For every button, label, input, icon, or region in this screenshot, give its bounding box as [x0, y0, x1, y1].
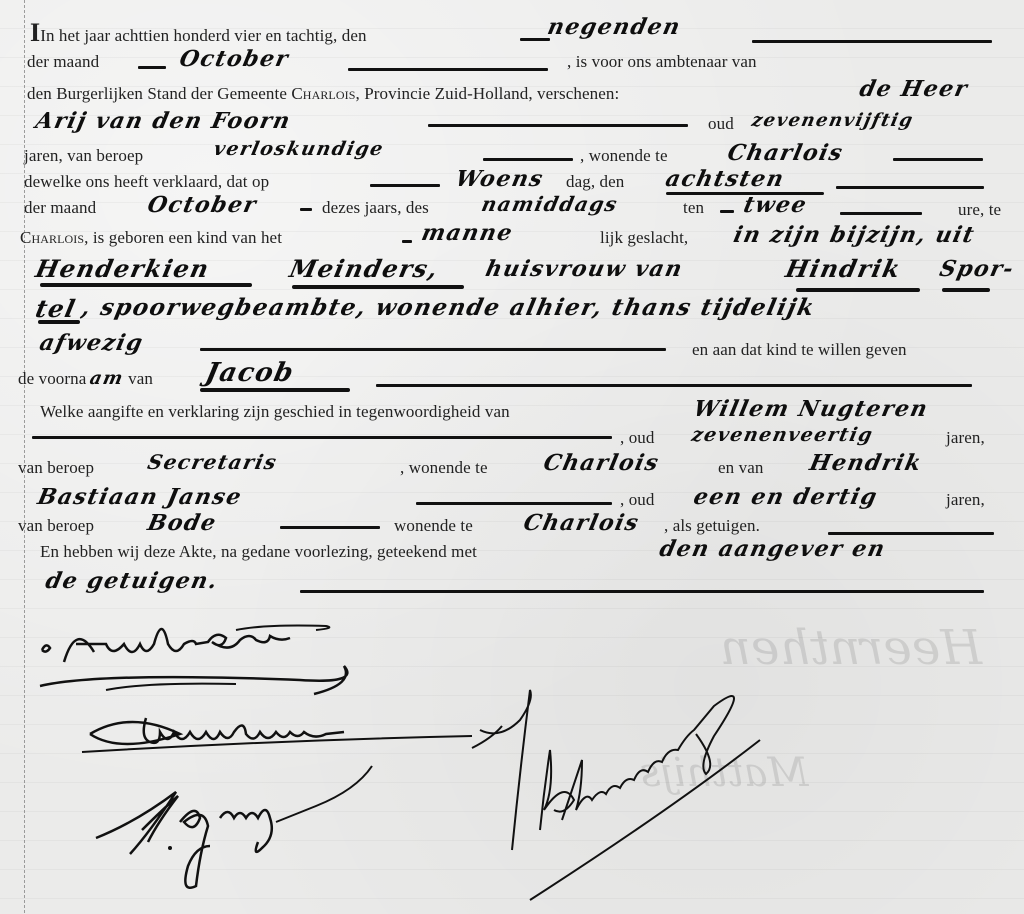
underline	[40, 283, 252, 287]
underline	[200, 388, 350, 392]
handwritten-weekday: Woens	[453, 166, 546, 192]
handwritten-father-surname-part: Spor-	[937, 256, 1017, 282]
underline	[796, 288, 920, 292]
handwritten-father-first-name: Hindrik	[783, 254, 904, 283]
printed-text: der maand	[24, 198, 96, 218]
printed-text: dewelke ons heeft verklaard, dat op	[24, 172, 269, 192]
handwritten-profession: verloskundige	[212, 138, 387, 160]
fill-rule	[370, 184, 440, 187]
printed-text: IIn het jaar achttien honderd vier en ta…	[30, 18, 367, 48]
fill-rule	[402, 240, 412, 243]
printed-text: oud	[708, 114, 734, 134]
underline	[942, 288, 990, 292]
handwritten-absence: afwezig	[37, 330, 146, 356]
printed-text: wonende te	[394, 516, 473, 536]
printed-text: Welke aangifte en verklaring zijn geschi…	[40, 402, 510, 422]
handwritten-father-surname-part: tel	[33, 294, 79, 323]
fill-rule	[828, 532, 994, 535]
handwritten-declarant-name: Arij van den Foorn	[33, 108, 293, 134]
printed-text: van beroep	[18, 458, 94, 478]
printed-text: van beroep	[18, 516, 94, 536]
handwritten-witness2-profession: Bode	[145, 510, 219, 536]
handwritten-time-of-day: namiddags	[479, 192, 620, 216]
printed-text: , wonende te	[580, 146, 668, 166]
handwritten-witness2-first-name: Hendrik	[807, 450, 924, 476]
printed-text: jaren, van beroep	[24, 146, 143, 166]
fill-rule	[348, 68, 548, 71]
printed-text: jaren,	[946, 490, 985, 510]
printed-text: lijk geslacht,	[600, 228, 688, 248]
printed-text: en aan dat kind te willen geven	[692, 340, 907, 360]
handwritten-child-name: Jacob	[203, 358, 297, 388]
fill-rule	[483, 158, 573, 161]
printed-text: , is voor ons ambtenaar van	[567, 52, 757, 72]
fill-rule	[376, 384, 972, 387]
handwritten-birth-day: achtsten	[663, 166, 787, 192]
printed-text: Charlois, is geboren een kind van het	[20, 228, 282, 248]
fill-rule	[840, 212, 922, 215]
underline	[38, 320, 80, 324]
handwritten-month: October	[145, 192, 259, 218]
handwritten-witness1-profession: Secretaris	[145, 450, 279, 474]
signature-declarant	[36, 612, 416, 702]
handwritten-hour: twee	[741, 192, 810, 218]
handwritten-witness1-age: zevenenveertig	[690, 424, 876, 446]
handwritten-remark: in zijn bijzijn, uit	[731, 222, 977, 248]
printed-text: jaren,	[946, 428, 985, 448]
handwritten-sex: manne	[419, 220, 516, 246]
handwritten-residence: Charlois	[725, 140, 846, 166]
fill-rule	[428, 124, 688, 127]
handwritten-mother-surname: Meinders,	[287, 254, 442, 283]
printed-text: , oud	[620, 490, 655, 510]
fill-rule	[836, 186, 984, 189]
handwritten-age: zevenenvijftig	[750, 110, 916, 131]
printed-text: dag, den	[566, 172, 624, 192]
printed-text: ten	[683, 198, 704, 218]
handwritten-witness2-name: Bastiaan Janse	[35, 484, 244, 510]
scanned-document-page: IIn het jaar achttien honderd vier en ta…	[0, 0, 1024, 914]
fill-rule	[893, 158, 983, 161]
fill-rule	[138, 66, 166, 69]
handwritten-month: October	[177, 46, 291, 72]
handwritten-father-details: , spoorwegbeambte, wonende alhier, thans…	[79, 294, 818, 321]
fill-rule	[720, 210, 734, 213]
printed-text: En hebben wij deze Akte, na gedane voorl…	[40, 542, 477, 562]
underline	[292, 285, 464, 289]
printed-text: ure, te	[958, 200, 1001, 220]
signature-witness-2	[90, 782, 450, 892]
handwritten-day: negenden	[545, 14, 683, 40]
left-margin-line	[24, 0, 25, 914]
signature-witness-1	[80, 704, 500, 784]
handwritten-witness1-residence: Charlois	[541, 450, 662, 476]
handwritten-relation: huisvrouw van	[483, 256, 685, 282]
handwritten-signers-cont: de getuigen.	[43, 568, 220, 594]
fill-rule	[32, 436, 612, 439]
fill-rule	[752, 40, 992, 43]
handwritten-witness1-name: Willem Nugteren	[691, 396, 931, 422]
handwritten-title: de Heer	[857, 76, 970, 102]
handwritten-mother-first-name: Henderkien	[33, 254, 213, 283]
fill-rule	[300, 590, 984, 593]
printed-text: , oud	[620, 428, 655, 448]
handwritten-witness2-residence: Charlois	[521, 510, 642, 536]
printed-text: der maand	[27, 52, 99, 72]
handwritten-signers: den aangever en	[657, 536, 888, 562]
handwritten-witness2-age: een en dertig	[691, 484, 880, 510]
signature-registrar	[500, 680, 800, 910]
printed-text: dezes jaars, des	[322, 198, 429, 218]
fill-rule	[300, 208, 312, 211]
printed-text: , wonende te	[400, 458, 488, 478]
fill-rule	[200, 348, 666, 351]
printed-text: de voornaamvan	[18, 368, 153, 389]
printed-text: en van	[718, 458, 763, 478]
printed-text: den Burgerlijken Stand der Gemeente Char…	[27, 84, 619, 104]
fill-rule	[416, 502, 612, 505]
bleed-through-ink: Heernthen	[720, 620, 982, 676]
printed-text: , als getuigen.	[664, 516, 760, 536]
fill-rule	[280, 526, 380, 529]
